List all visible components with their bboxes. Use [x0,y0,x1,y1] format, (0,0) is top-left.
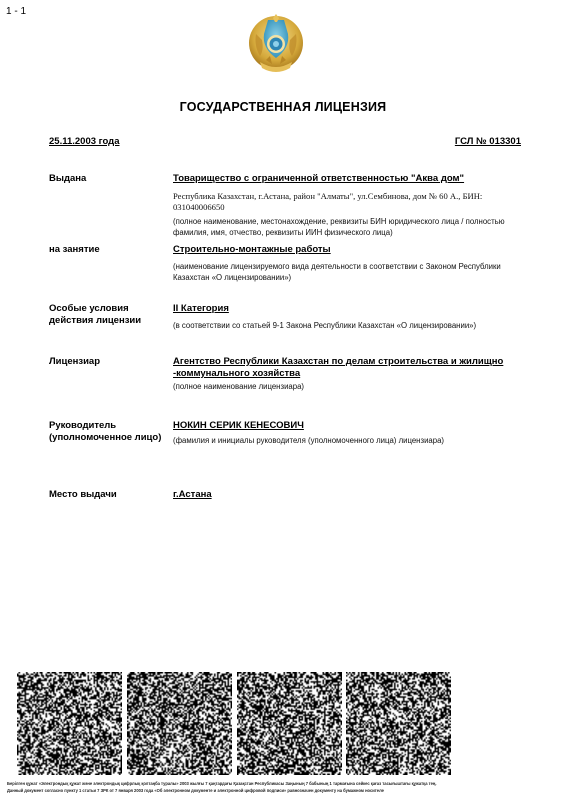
field-label: на занятие [49,244,169,256]
issue-date: 25.11.2003 года [49,136,120,147]
page-indicator: 1 - 1 [6,6,26,17]
field-label: Лицензиар [49,356,169,368]
field-label: Особые условия действия лицензии [49,303,169,327]
field-label: Руководитель (уполномоченное лицо) [49,420,174,444]
place-value: г.Астана [173,489,533,501]
kazakhstan-state-emblem-icon [246,12,306,76]
head-name: НОКИН СЕРИК КЕНЕСОВИЧ [173,420,533,432]
category-value: II Категория [173,303,533,315]
document-title: ГОСУДАРСТВЕННАЯ ЛИЦЕНЗИЯ [0,100,566,114]
field-note: (полное наименование, местонахождение, р… [173,217,533,238]
2d-barcode [17,672,122,775]
licensor-value: Агентство Республики Казахстан по делам … [173,356,528,380]
activity-value: Строительно-монтажные работы [173,244,533,256]
field-label: Выдана [49,173,169,185]
2d-barcode [237,672,342,775]
field-note: (наименование лицензируемого вида деятел… [173,262,533,283]
field-note: (фамилия и инициалы руководителя (уполно… [173,436,533,447]
footer-line-kz: Берілген құжат «Электрондық құжат және э… [7,780,437,787]
license-number: ГСЛ № 013301 [455,136,521,147]
footer-line-ru: Данный документ согласно пункту 1 статьи… [7,787,437,794]
field-note: (в соответствии со статьей 9-1 Закона Ре… [173,321,533,332]
licensee-details: Республика Казахстан, г.Астана, район "А… [173,191,533,213]
legal-footer: Берілген құжат «Электрондық құжат және э… [7,780,437,794]
2d-barcode [127,672,232,775]
licensee-name: Товарищество с ограниченной ответственно… [173,173,533,185]
2d-barcode [346,672,451,775]
field-label: Место выдачи [49,489,169,501]
field-note: (полное наименование лицензиара) [173,382,533,393]
